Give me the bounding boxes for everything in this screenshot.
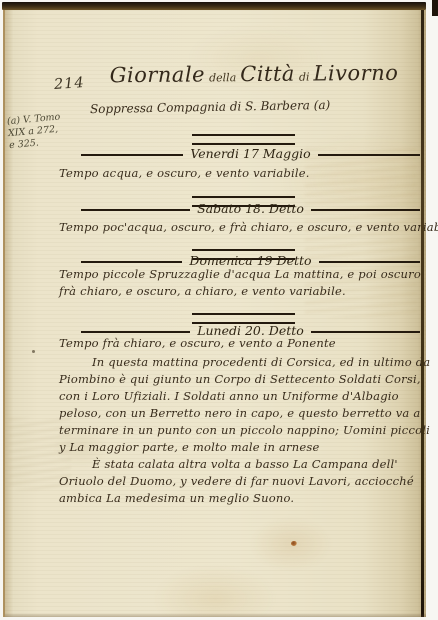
entry-line: Tempo piccole Spruzzaglie d'acqua La mat… bbox=[59, 267, 418, 282]
book-top-edge bbox=[2, 2, 426, 10]
scan-background: 214 Giornale della Città di Livorno Sopp… bbox=[0, 0, 438, 620]
paper-stain bbox=[291, 541, 297, 546]
manuscript-page: 214 Giornale della Città di Livorno Sopp… bbox=[3, 10, 426, 617]
journal-title: Giornale della Città di Livorno bbox=[118, 61, 390, 87]
day-header: Venerdi 17 Maggio bbox=[81, 145, 420, 161]
entry-line: Piombino è qui giunto un Corpo di Settec… bbox=[59, 372, 418, 387]
entry-line: Tempo acqua, e oscuro, e vento variabile… bbox=[59, 166, 418, 181]
entry-line: Tempo frà chiaro, e oscuro, e vento a Po… bbox=[59, 336, 418, 351]
entry-line: ambica La medesima un meglio Suono. bbox=[59, 491, 418, 506]
day-header-label: Sabato 18. Detto bbox=[197, 201, 304, 216]
book-corner-edge bbox=[432, 0, 438, 16]
rule-line bbox=[311, 331, 420, 333]
margin-note: (a) V. Tomo XIX a 272, e 325. bbox=[7, 110, 82, 152]
title-word: di bbox=[299, 71, 310, 84]
entry-line: terminare in un punto con un piccolo nap… bbox=[59, 423, 418, 438]
rule-line bbox=[81, 209, 190, 211]
page-number: 214 bbox=[53, 75, 85, 93]
book-gutter bbox=[421, 10, 424, 617]
rule-line bbox=[81, 154, 183, 156]
title-word: Città bbox=[240, 62, 295, 86]
entry-line: Tempo poc'acqua, oscuro, e frà chiaro, e… bbox=[59, 220, 418, 235]
section-divider bbox=[192, 134, 295, 145]
day-header: Sabato 18. Detto bbox=[81, 200, 420, 216]
title-word: Livorno bbox=[313, 61, 398, 86]
day-header: Domenica 19 Detto bbox=[81, 252, 420, 268]
rule-line bbox=[81, 261, 182, 263]
entry-line: È stata calata altra volta a basso La Ca… bbox=[92, 457, 418, 472]
title-word: della bbox=[209, 71, 236, 84]
subtitle: Soppressa Compagnia di S. Barbera (a) bbox=[90, 98, 330, 116]
rule-line bbox=[318, 154, 420, 156]
rule-line bbox=[319, 261, 420, 263]
day-header-label: Domenica 19 Detto bbox=[189, 253, 311, 268]
page-bottom-shadow bbox=[5, 613, 426, 617]
entry-line: con i Loro Ufiziali. I Soldati anno un U… bbox=[59, 389, 418, 404]
title-word: Giornale bbox=[110, 62, 206, 87]
day-header-label: Venerdi 17 Maggio bbox=[190, 146, 310, 161]
entry-line: In questa mattina procedenti di Corsica,… bbox=[92, 355, 418, 370]
rule-line bbox=[81, 331, 190, 333]
entry-line: Oriuolo del Duomo, y vedere di far nuovi… bbox=[59, 474, 418, 489]
entry-line: y La maggior parte, e molto male in arne… bbox=[59, 440, 418, 455]
entry-line: frà chiaro, e oscuro, a chiaro, e vento … bbox=[59, 284, 418, 299]
rule-line bbox=[311, 209, 420, 211]
ink-speck bbox=[32, 350, 35, 353]
entry-line: peloso, con un Berretto nero in capo, e … bbox=[59, 406, 418, 421]
